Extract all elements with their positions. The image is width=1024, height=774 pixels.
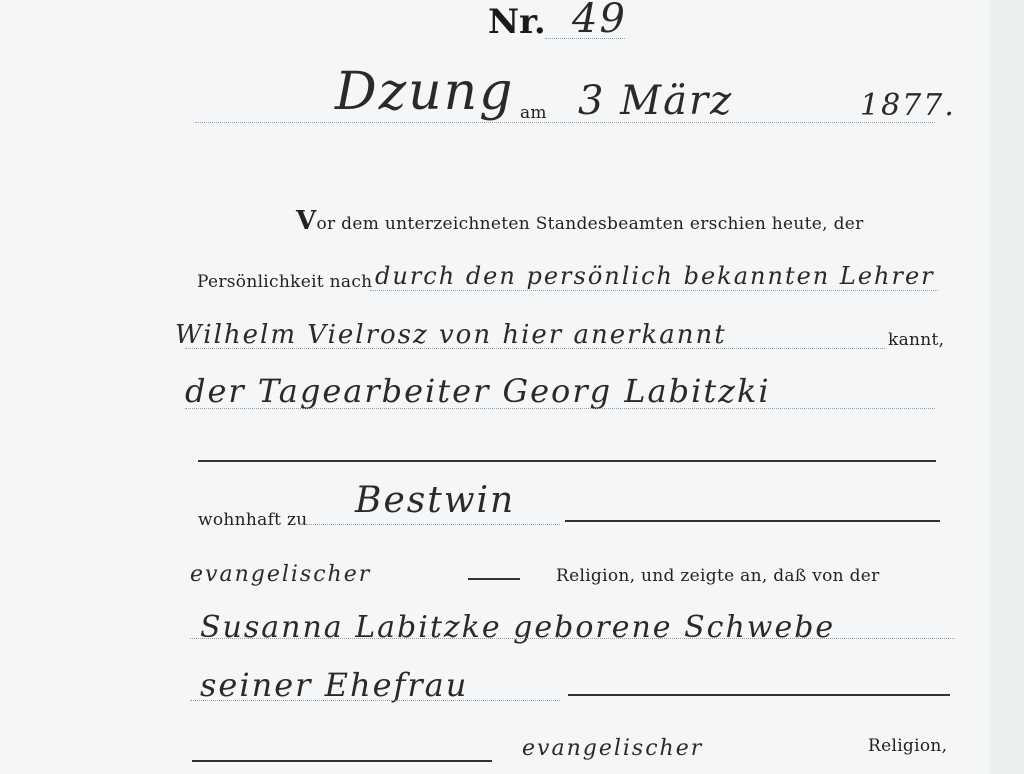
wife-handwritten: seiner Ehefrau	[200, 666, 468, 704]
date-prefix: am	[520, 103, 547, 123]
religion-1-dash	[468, 578, 520, 580]
number-line	[545, 38, 625, 39]
witness-handwritten: Wilhelm Vielrosz von hier anerkannt	[175, 320, 727, 350]
drop-initial: V	[296, 206, 316, 236]
religion-1-label: Religion, und zeigte an, daß von der	[556, 566, 880, 586]
line-4-dotted	[185, 408, 935, 409]
wife-solid	[568, 694, 950, 696]
page-edge	[990, 0, 1024, 774]
date-line	[195, 122, 935, 123]
mother-handwritten: Susanna Labitzke geborene Schwebe	[200, 610, 835, 645]
line-3-dotted	[185, 348, 885, 349]
place-handwritten: Dzung	[335, 62, 514, 122]
declarant-handwritten: der Tagearbeiter Georg Labitzki	[185, 372, 771, 410]
residence-dotted	[300, 524, 560, 525]
record-number-value: 49	[572, 0, 627, 42]
year: 1877.	[860, 88, 956, 123]
form-line-1-text: or dem unterzeichneten Standesbeamten er…	[316, 214, 863, 234]
line-2-dotted	[370, 290, 938, 291]
known-suffix: kannt,	[888, 330, 944, 350]
date-handwritten: 3 März	[578, 78, 733, 124]
form-line-1: Vor dem unterzeichneten Standesbeamten e…	[296, 206, 864, 236]
residence-handwritten: Bestwin	[355, 480, 515, 521]
wife-dotted	[190, 700, 560, 701]
religion-2-handwritten: evangelischer	[522, 736, 703, 761]
residence-solid	[565, 520, 940, 522]
separator-line	[198, 460, 936, 462]
residence-label: wohnhaft zu	[198, 510, 308, 530]
personality-label: Persönlichkeit nach	[197, 272, 372, 292]
mother-dotted	[190, 638, 955, 639]
record-number-label: Nr.	[488, 2, 546, 42]
personality-handwritten: durch den persönlich bekannten Lehrer	[375, 262, 935, 290]
document-page: Nr. 49 Dzung am 3 März 1877. Vor dem unt…	[0, 0, 990, 774]
religion-1-handwritten: evangelischer	[190, 562, 371, 587]
religion-2-label: Religion,	[868, 736, 947, 756]
religion-2-solid	[192, 760, 492, 762]
